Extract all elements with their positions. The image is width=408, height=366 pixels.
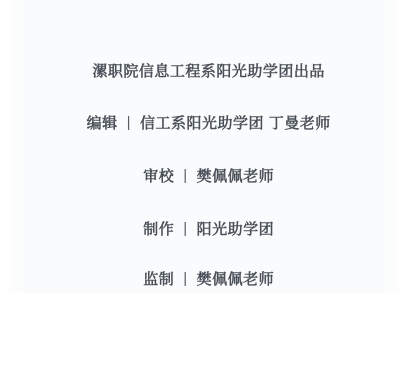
article-content-panel xyxy=(0,0,408,293)
credit-label: 制作 xyxy=(143,221,174,238)
credit-value: 信工系阳光助学团 丁曼老师 xyxy=(140,115,331,132)
production-byline: 漯职院信息工程系阳光助学团出品 xyxy=(0,45,408,63)
credit-value: 樊佩佩老师 xyxy=(197,271,275,288)
credit-label: 监制 xyxy=(143,271,174,288)
separator-bar: | xyxy=(127,114,131,132)
separator-bar: | xyxy=(183,270,187,288)
production-byline-text: 漯职院信息工程系阳光助学团出品 xyxy=(92,63,325,80)
credit-line-reviewer: 审校|樊佩佩老师 xyxy=(0,150,408,168)
credit-label: 编辑 xyxy=(87,115,118,132)
credit-value: 樊佩佩老师 xyxy=(197,168,275,185)
credit-line-producer: 制作|阳光助学团 xyxy=(0,203,408,221)
separator-bar: | xyxy=(183,167,187,185)
credit-line-supervisor: 监制|樊佩佩老师 xyxy=(0,253,408,271)
credit-line-editor: 编辑|信工系阳光助学团 丁曼老师 xyxy=(0,97,408,115)
separator-bar: | xyxy=(183,220,187,238)
credit-value: 阳光助学团 xyxy=(197,221,275,238)
credit-label: 审校 xyxy=(143,168,174,185)
